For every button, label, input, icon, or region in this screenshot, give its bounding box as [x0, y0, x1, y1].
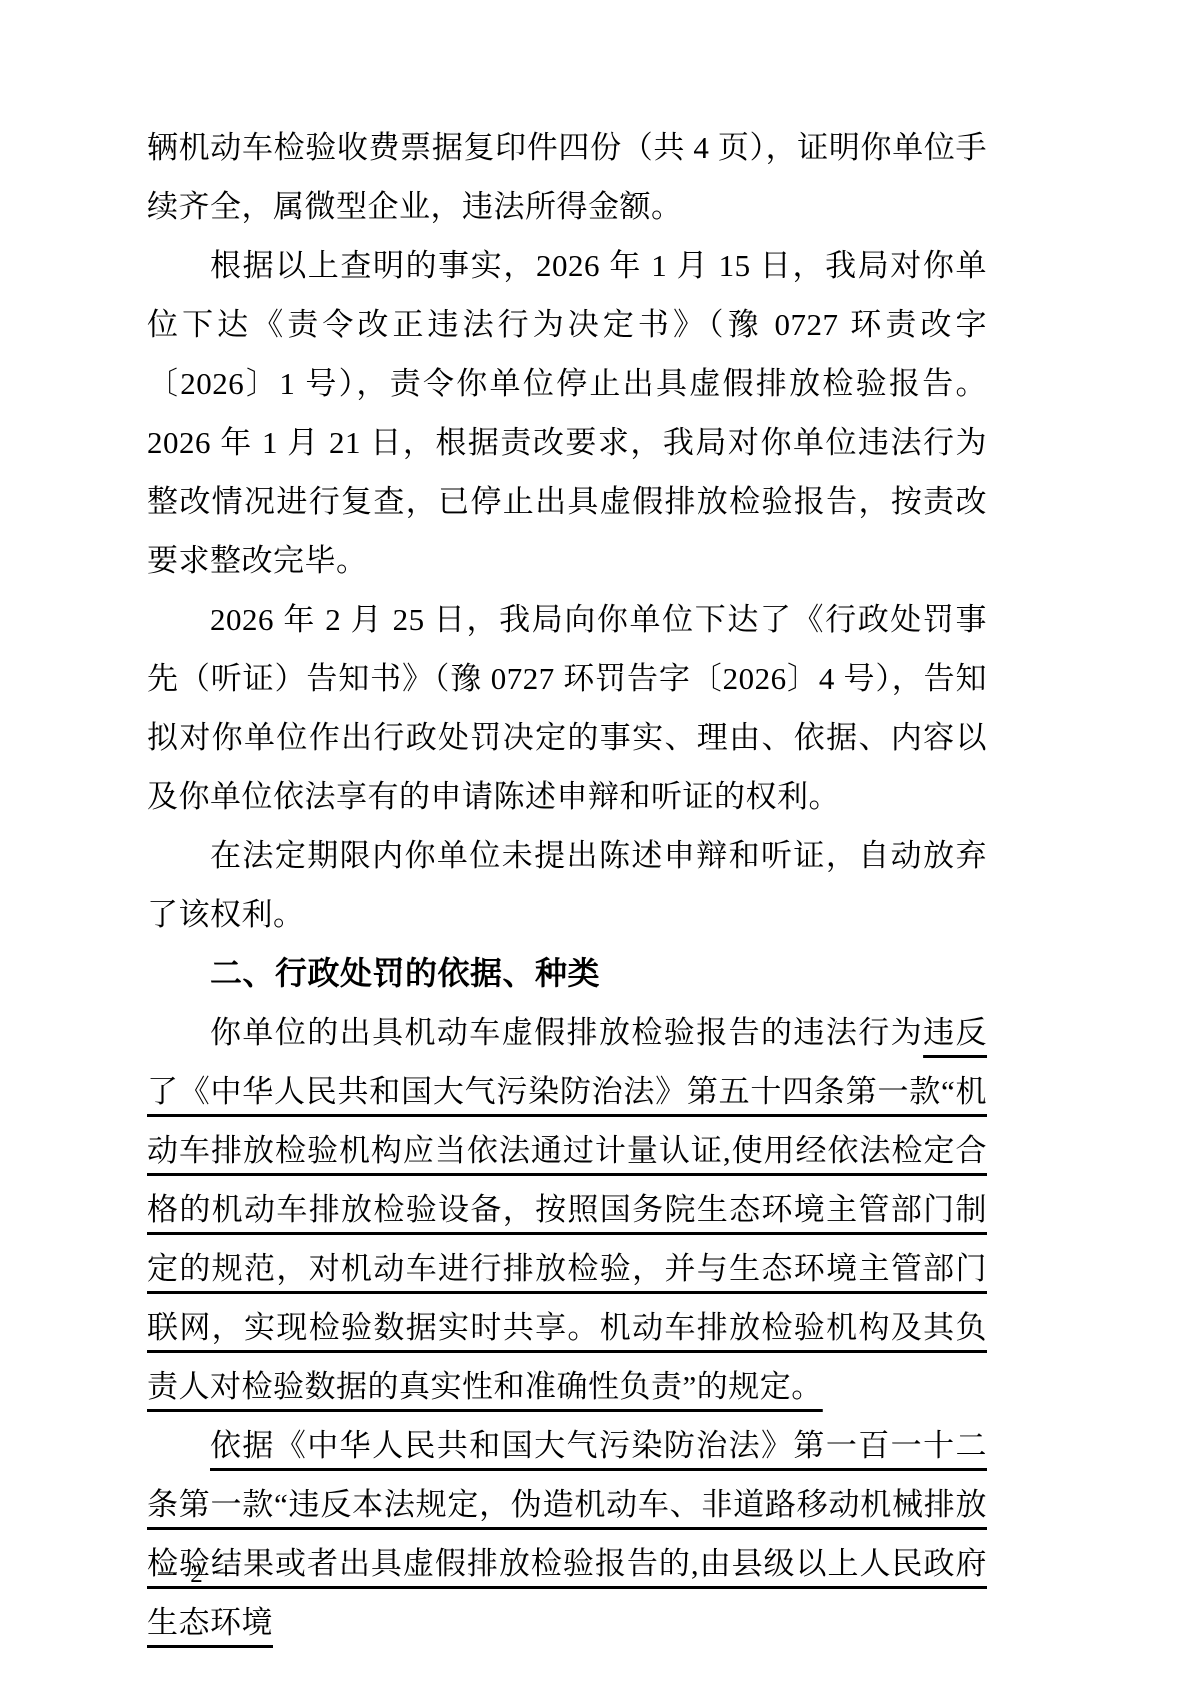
document-body: 辆机动车检验收费票据复印件四份（共 4 页），证明你单位手续齐全，属微型企业，违… — [147, 118, 987, 1652]
paragraph-text: 根据以上查明的事实，2026 年 1 月 15 日，我局对你单位下达《责令改正违… — [147, 248, 987, 578]
paragraph-prior-notice: 2026 年 2 月 25 日，我局向你单位下达了《行政处罚事先（听证）告知书》… — [147, 590, 987, 826]
paragraph-order-to-correct: 根据以上查明的事实，2026 年 1 月 15 日，我局对你单位下达《责令改正违… — [147, 236, 987, 590]
paragraph-text: 2026 年 2 月 25 日，我局向你单位下达了《行政处罚事先（听证）告知书》… — [147, 602, 987, 814]
paragraph-lead-text: 你单位的出具机动车虚假排放检验报告的违法行为 — [210, 1015, 923, 1050]
paragraph-penalty-basis-law: 依据《中华人民共和国大气污染防治法》第一百一十二条第一款“违反本法规定，伪造机动… — [147, 1416, 987, 1652]
document-page: 辆机动车检验收费票据复印件四份（共 4 页），证明你单位手续齐全，属微型企业，违… — [0, 0, 1190, 1684]
paragraph-violated-law: 你单位的出具机动车虚假排放检验报告的违法行为违反了《中华人民共和国大气污染防治法… — [147, 1003, 987, 1416]
section-heading-penalty-basis: 二、行政处罚的依据、种类 — [147, 944, 987, 1003]
underlined-law-citation: 违反了《中华人民共和国大气污染防治法》第五十四条第一款“机动车排放检验机构应当依… — [147, 1015, 987, 1404]
paragraph-text: 在法定期限内你单位未提出陈述申辩和听证，自动放弃了该权利。 — [147, 838, 987, 932]
paragraph-text: 辆机动车检验收费票据复印件四份（共 4 页），证明你单位手续齐全，属微型企业，违… — [147, 130, 987, 224]
paragraph-evidence-continuation: 辆机动车检验收费票据复印件四份（共 4 页），证明你单位手续齐全，属微型企业，违… — [147, 118, 987, 236]
paragraph-rights-waiver: 在法定期限内你单位未提出陈述申辩和听证，自动放弃了该权利。 — [147, 826, 987, 944]
page-number: － 2 － — [155, 1560, 240, 1590]
heading-text: 二、行政处罚的依据、种类 — [210, 955, 600, 991]
underlined-law-citation: 依据《中华人民共和国大气污染防治法》第一百一十二条第一款“违反本法规定，伪造机动… — [147, 1428, 987, 1640]
